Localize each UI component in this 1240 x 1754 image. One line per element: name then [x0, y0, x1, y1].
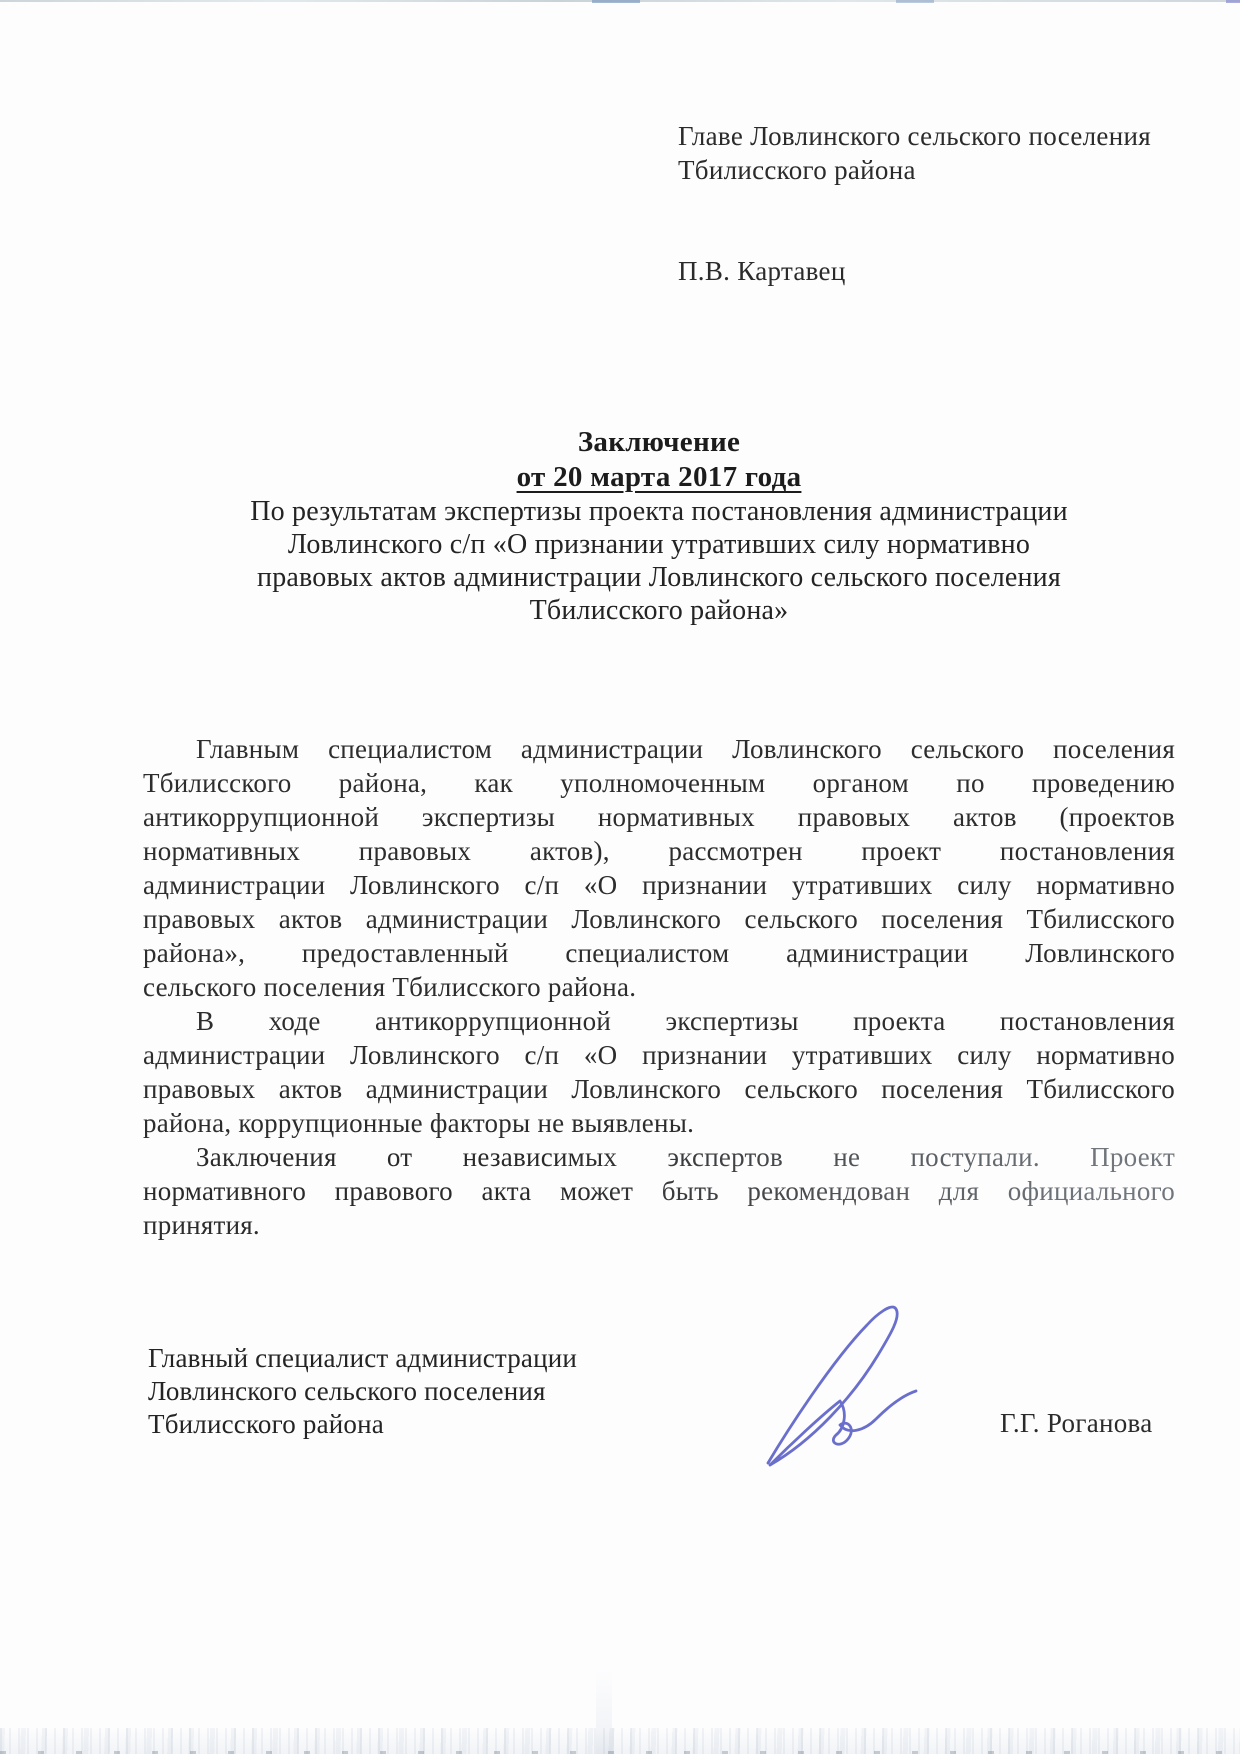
- subject-line: Тбилисского района»: [143, 594, 1175, 627]
- body-line: принятия.: [143, 1208, 1175, 1242]
- body-line: района», предоставленный специалистом ад…: [143, 936, 1175, 970]
- subject-line: правовых актов администрации Ловлинского…: [143, 561, 1175, 594]
- body-line: правовых актов администрации Ловлинского…: [143, 902, 1175, 936]
- body-line: Главным специалистом администрации Ловли…: [143, 732, 1175, 766]
- recipient-block: Главе Ловлинского сельского поселения Тб…: [678, 119, 1151, 187]
- signatory-position-line: Ловлинского сельского поселения: [148, 1375, 577, 1408]
- body-line: В ходе антикоррупционной экспертизы прое…: [143, 1004, 1175, 1038]
- signatory-position-block: Главный специалист администрации Ловлинс…: [148, 1342, 577, 1441]
- body-line: нормативного правового акта может быть р…: [143, 1174, 1175, 1208]
- title-block: Заключение от 20 марта 2017 года По резу…: [143, 425, 1175, 627]
- body-line: Тбилисского района, как уполномоченным о…: [143, 766, 1175, 800]
- scan-artifact-mark: [592, 0, 640, 3]
- scan-artifact-smudge: [596, 1670, 612, 1754]
- scan-artifact-mark: [1226, 0, 1240, 3]
- subject-line: По результатам экспертизы проекта постан…: [143, 495, 1175, 528]
- signatory-position-line: Тбилисского района: [148, 1408, 577, 1441]
- handwritten-signature: [752, 1293, 936, 1483]
- subject-line: Ловлинского с/п «О признании утративших …: [143, 528, 1175, 561]
- recipient-name: П.В. Картавец: [678, 254, 846, 288]
- document-page: Главе Ловлинского сельского поселения Тб…: [0, 0, 1240, 1754]
- signatory-position-line: Главный специалист администрации: [148, 1342, 577, 1375]
- body-line: Заключения от независимых экспертов не п…: [143, 1140, 1175, 1174]
- scan-artifact-mark: [896, 0, 934, 3]
- body-line: антикоррупционной экспертизы нормативных…: [143, 800, 1175, 834]
- document-body: Главным специалистом администрации Ловли…: [143, 732, 1175, 1242]
- recipient-line: Главе Ловлинского сельского поселения: [678, 119, 1151, 153]
- document-title: Заключение: [143, 425, 1175, 460]
- body-line: администрации Ловлинского с/п «О признан…: [143, 868, 1175, 902]
- body-line: администрации Ловлинского с/п «О признан…: [143, 1038, 1175, 1072]
- recipient-line: Тбилисского района: [678, 153, 1151, 187]
- document-date: от 20 марта 2017 года: [143, 460, 1175, 495]
- body-line: нормативных правовых актов), рассмотрен …: [143, 834, 1175, 868]
- signatory-name: Г.Г. Роганова: [1000, 1407, 1153, 1440]
- body-line: правовых актов администрации Ловлинского…: [143, 1072, 1175, 1106]
- body-line: района, коррупционные факторы не выявлен…: [143, 1106, 1175, 1140]
- body-line: сельского поселения Тбилисского района.: [143, 970, 1175, 1004]
